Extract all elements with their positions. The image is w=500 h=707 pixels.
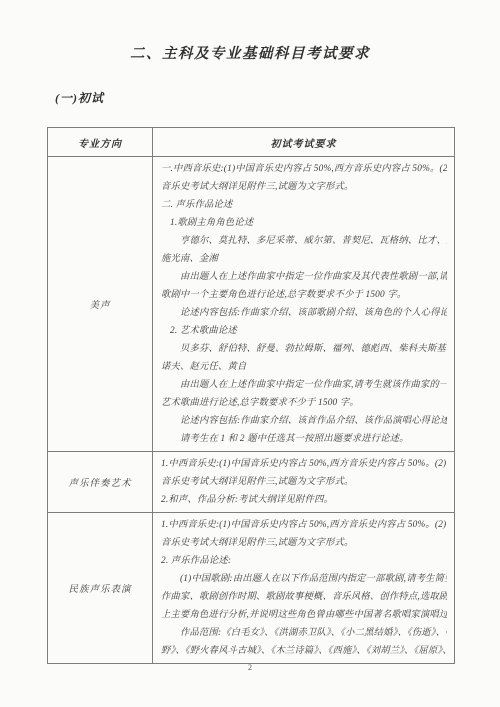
requirement-line: 音乐史考试大纲详见附件三,试题为文字形式。: [161, 473, 447, 491]
requirement-line: (1)中国歌剧:由出题人在以下作品范围内指定一部歌剧,请考生简要介绍: [161, 570, 447, 588]
requirement-line: 作品范围:《白毛女》、《洪湖赤卫队》、《小二黑结婚》、《伤逝》、《原: [161, 624, 447, 642]
requirement-line: 施光南、金湘: [161, 250, 447, 268]
requirement-line: 音乐史考试大纲详见附件三,试题为文字形式。: [161, 534, 447, 552]
requirement-line: 音乐史考试大纲详见附件三,试题为文字形式。: [161, 178, 447, 196]
document-page: 二、主科及专业基础科目考试要求 (一)初试 专业方向 初试考试要求 美声一.中西…: [0, 0, 500, 707]
requirement-line: 贝多芬、舒伯特、舒曼、勃拉姆斯、福列、德彪西、柴科夫斯基、拉赫玛尼: [161, 340, 447, 358]
table-header-row: 专业方向 初试考试要求: [48, 128, 455, 157]
column-header-requirements: 初试考试要求: [153, 128, 455, 157]
section-heading: (一)初试: [55, 89, 104, 106]
requirements-cell: 1.中西音乐史:(1)中国音乐史内容占 50%,西方音乐史内容占 50%。(2)…: [153, 513, 455, 664]
requirements-cell: 1.中西音乐史:(1)中国音乐史内容占 50%,西方音乐史内容占 50%。(2)…: [153, 452, 455, 513]
page-title: 二、主科及专业基础科目考试要求: [0, 42, 500, 63]
requirement-line: 1.中西音乐史:(1)中国音乐史内容占 50%,西方音乐史内容占 50%。(2)…: [161, 516, 447, 534]
requirement-line: 亨德尔、莫扎特、多尼采蒂、威尔第、普契尼、瓦格纳、比才、柴可夫斯基、: [161, 232, 447, 250]
requirement-line: 2.和声、作品分析:考试大纲详见附件四。: [161, 491, 447, 509]
table-row: 民族声乐表演1.中西音乐史:(1)中国音乐史内容占 50%,西方音乐史内容占 5…: [48, 513, 455, 664]
direction-cell: 声乐伴奏艺术: [48, 452, 153, 513]
requirements-cell: 一.中西音乐史:(1)中国音乐史内容占 50%,西方音乐史内容占 50%。(2)…: [153, 157, 455, 452]
requirement-line: 论述内容包括:作曲家介绍、该部歌剧介绍、该角色的个人心得论述。: [161, 304, 447, 322]
requirement-line: 1.中西音乐史:(1)中国音乐史内容占 50%,西方音乐史内容占 50%。(2)…: [161, 455, 447, 473]
requirement-line: 请考生在 1 和 2 题中任选其一按照出题要求进行论述。: [161, 430, 447, 448]
direction-cell: 民族声乐表演: [48, 513, 153, 664]
requirement-line: 1.歌剧主角角色论述: [161, 214, 447, 232]
requirement-line: 野》、《野火春风斗古城》、《木兰诗篇》、《西施》、《刘胡兰》、《屈原》、: [161, 642, 447, 660]
requirement-line: 二. 声乐作品论述: [161, 196, 447, 214]
requirement-line: 2. 声乐作品论述:: [161, 552, 447, 570]
exam-requirements-table: 专业方向 初试考试要求 美声一.中西音乐史:(1)中国音乐史内容占 50%,西方…: [47, 127, 455, 664]
column-header-direction: 专业方向: [48, 128, 153, 157]
requirement-line: 艺术歌曲进行论述,总字数要求不少于 1500 字。: [161, 394, 447, 412]
table-row: 美声一.中西音乐史:(1)中国音乐史内容占 50%,西方音乐史内容占 50%。(…: [48, 157, 455, 452]
requirement-line: 歌剧中一个主要角色进行论述,总字数要求不少于 1500 字。: [161, 286, 447, 304]
requirement-line: 作曲家、歌剧创作时期、歌剧故事梗概、音乐风格、创作特点,选取剧中两个以: [161, 588, 447, 606]
requirement-line: 2. 艺术歌曲论述: [161, 322, 447, 340]
direction-cell: 美声: [48, 157, 153, 452]
page-number: 2: [0, 663, 500, 672]
requirement-line: 诺夫、赵元任、黄自: [161, 358, 447, 376]
requirement-line: 论述内容包括:作曲家介绍、该首作品介绍、该作品演唱心得论述。: [161, 412, 447, 430]
table-row: 声乐伴奏艺术1.中西音乐史:(1)中国音乐史内容占 50%,西方音乐史内容占 5…: [48, 452, 455, 513]
requirement-line: 由出题人在上述作曲家中指定一位作曲家及其代表性歌剧一部,请考生就该: [161, 268, 447, 286]
requirement-line: 由出题人在上述作曲家中指定一位作曲家,请考生就该作曲家的一首代表性: [161, 376, 447, 394]
requirement-line: 一.中西音乐史:(1)中国音乐史内容占 50%,西方音乐史内容占 50%。(2)…: [161, 160, 447, 178]
requirement-line: 上主要角色进行分析,并说明这些角色曾由哪些中国著名歌唱家演唱过。: [161, 606, 447, 624]
